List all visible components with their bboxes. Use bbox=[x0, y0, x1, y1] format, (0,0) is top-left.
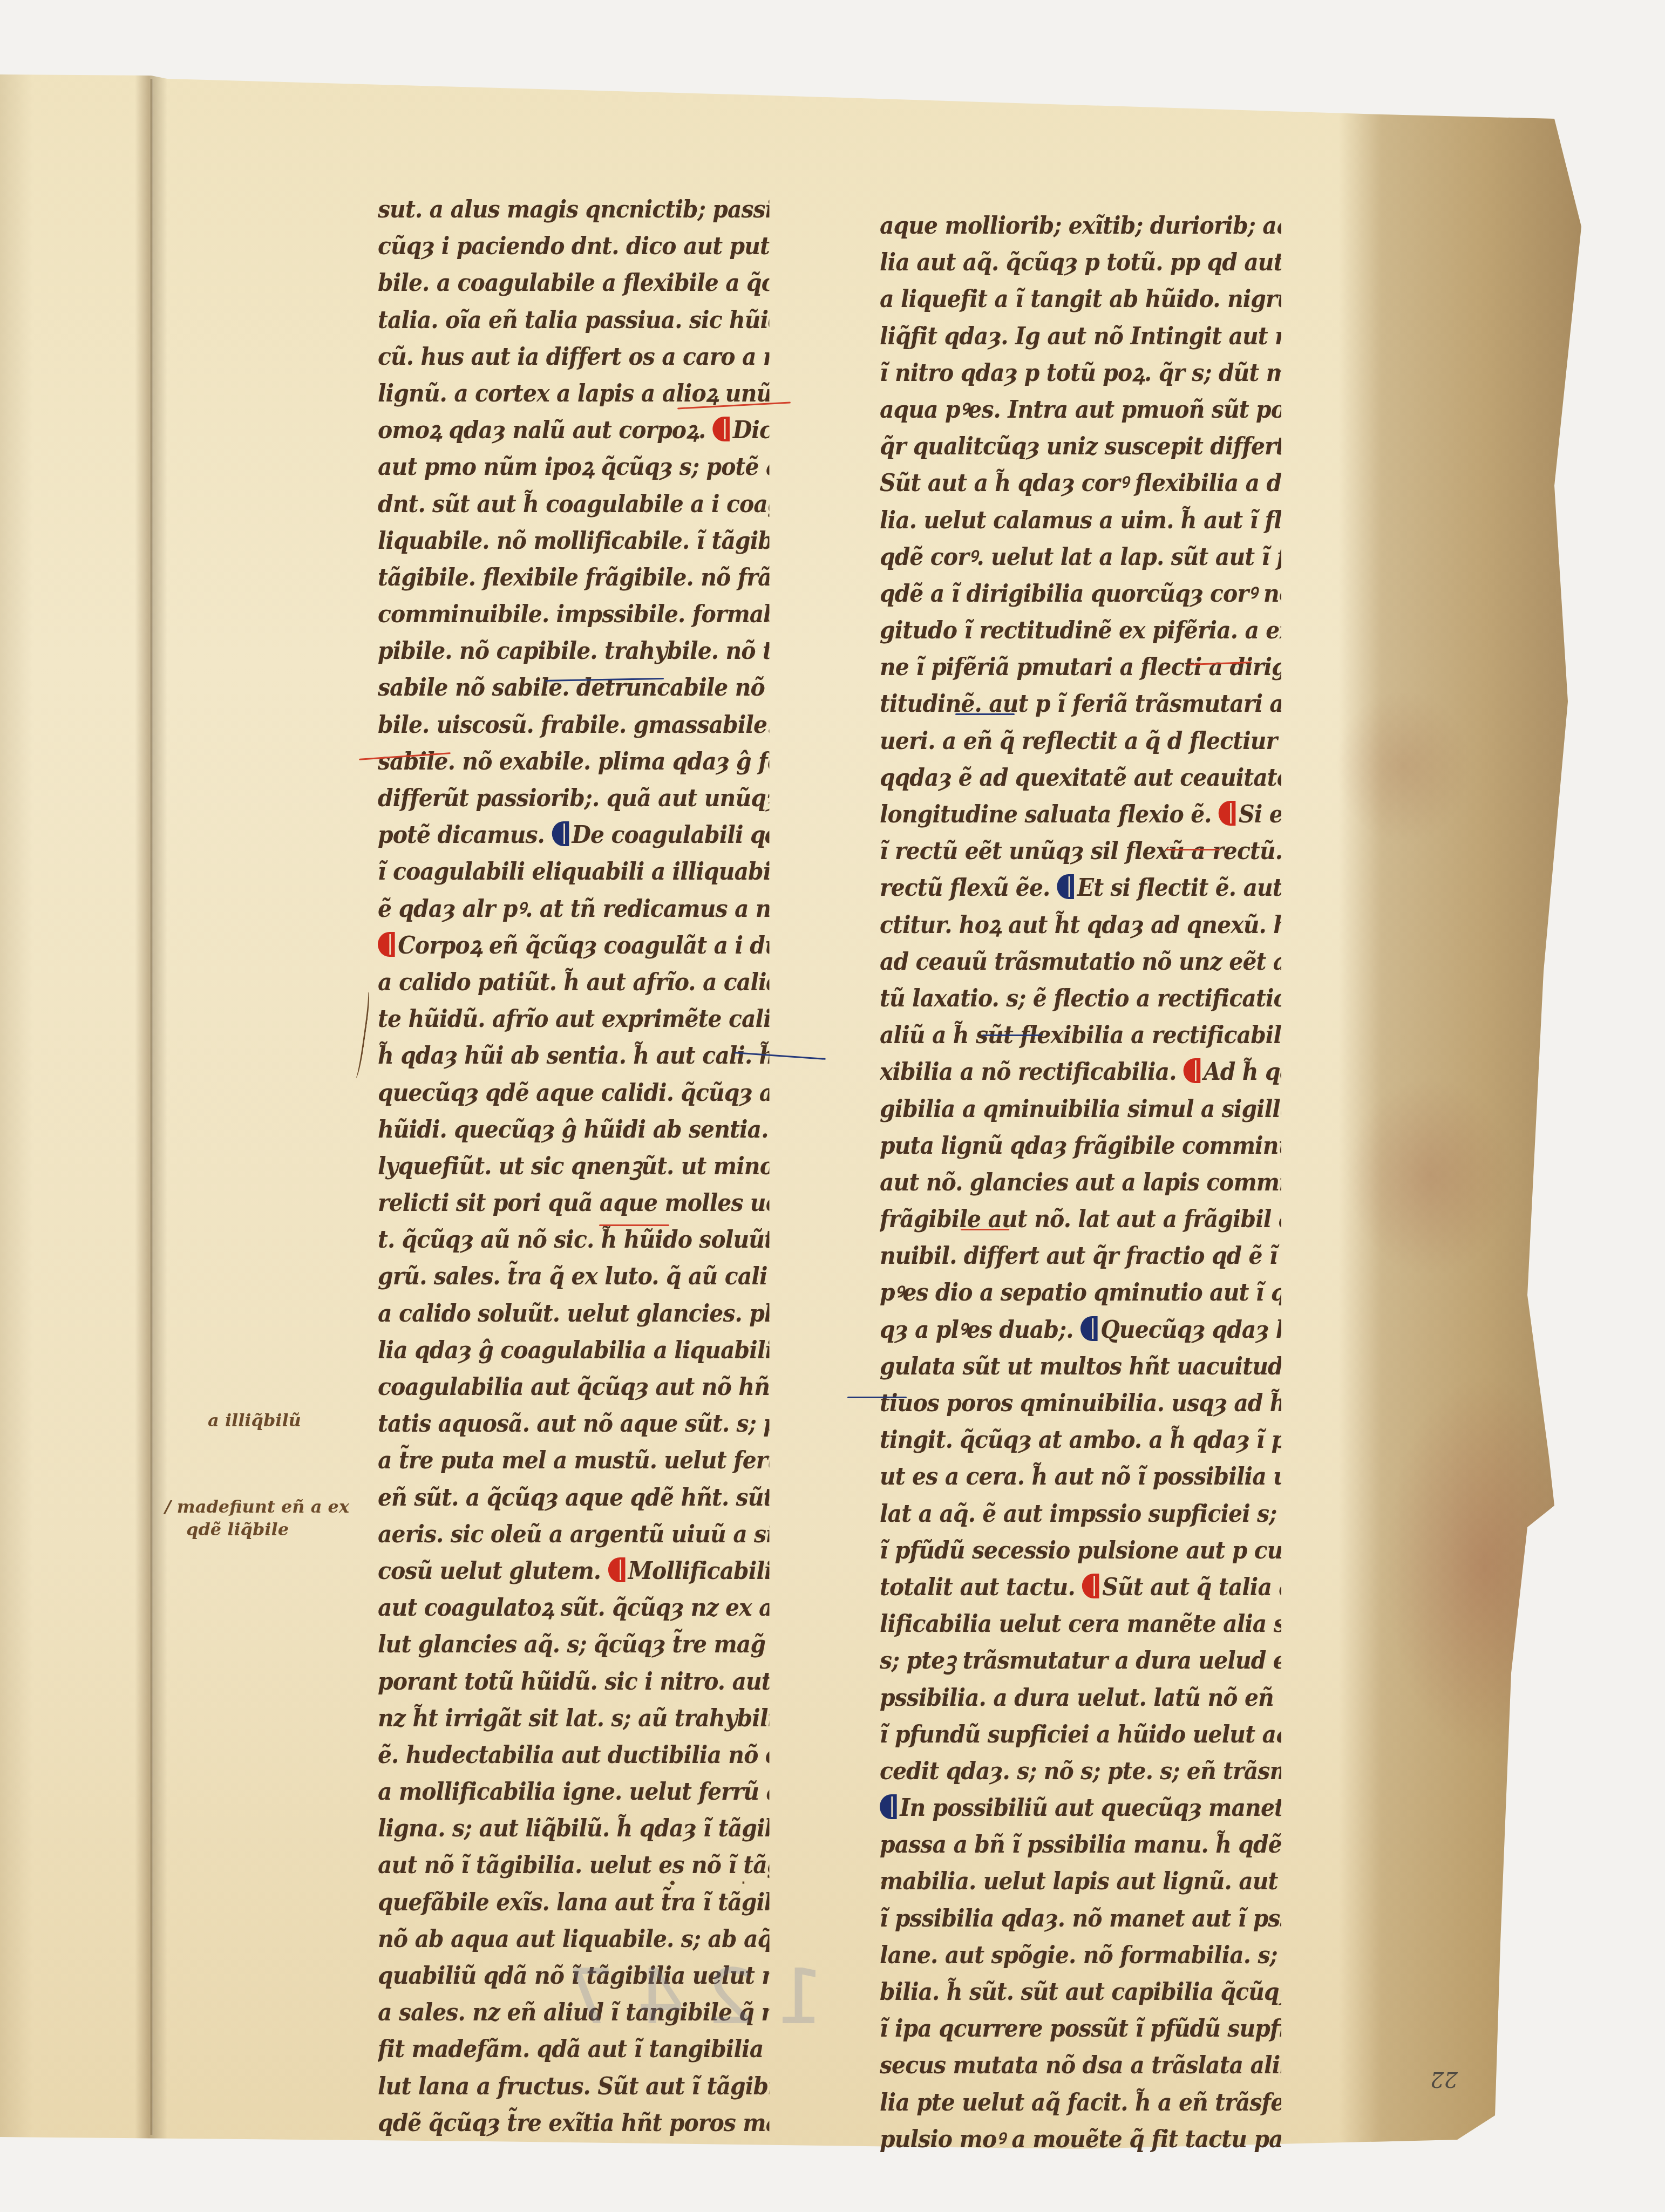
line-text: omoꝝ qdaȝ nalũ aut corpoꝝ. bbox=[378, 417, 713, 444]
rubricated-initial-s bbox=[1082, 1574, 1099, 1598]
manuscript-line: lane. aut spõgie. nõ formabilia. s; capi bbox=[880, 1937, 1281, 1974]
rubric-flourish bbox=[1166, 849, 1220, 850]
manuscript-line: differũt passiorib;. quã aut unũqȝ ipoꝝ … bbox=[378, 780, 769, 817]
manuscript-line: dnt. sũt aut h̃ coagulabile a i coagulab… bbox=[378, 486, 769, 523]
rubricated-initial-e bbox=[1057, 874, 1075, 899]
manuscript-line: secus mutata nõ dsa a trãslata alibi a bbox=[880, 2047, 1281, 2084]
line-text: cosũ uelut glutem. bbox=[378, 1557, 608, 1585]
manuscript-line: xibilia a nõ rectificabilia. Ad h̃ qdaȝ … bbox=[880, 1054, 1281, 1091]
line-text: Ad h̃ qdaȝ frã bbox=[1204, 1058, 1281, 1086]
line-text: lia qdaȝ ĝ coagulabilia a liquabilia. bbox=[378, 1337, 769, 1364]
rubric-flourish bbox=[599, 1224, 669, 1226]
manuscript-line: grũ. sales. t̃ra q̃ ex luto. q̃ aũ cali … bbox=[378, 1258, 769, 1295]
manuscript-line: tãgibile. flexibile frãgibile. nõ frãgib… bbox=[378, 560, 769, 596]
manuscript-line: lut lana a fructus. Sũt aut ĩ tãgibilia … bbox=[378, 2068, 769, 2105]
manuscript-line: cũ. hus aut ia differt os a caro a neruu… bbox=[378, 339, 769, 376]
manuscript-line: lut glancies aq̃. s; q̃cũqȝ t̃re mag̃ an… bbox=[378, 1626, 769, 1663]
manuscript-line: puta lignũ qdaȝ frãgibile comminuibile. bbox=[880, 1128, 1281, 1165]
manuscript-line: relicti sit pori quã aque molles uelud l… bbox=[378, 1185, 769, 1222]
manuscript-line: gulata sũt ut multos hñt uacuitudina bbox=[880, 1349, 1281, 1385]
line-text: qȝ a plꝰes duab;. bbox=[880, 1316, 1080, 1344]
manuscript-line: pibile. nõ capibile. trahybile. nõ trahy… bbox=[378, 633, 769, 670]
manuscript-line: aut nõ. glancies aut a lapis comminuibil… bbox=[880, 1165, 1281, 1201]
manuscript-line: lat a aq̃. ẽ aut impssio supficiei s; pt… bbox=[880, 1496, 1281, 1533]
manuscript-line: titudinẽ. aut p ĩ feriã trãsmutari aut m… bbox=[880, 686, 1281, 723]
marginal-gloss: a illiq̃bilũ bbox=[208, 1408, 301, 1432]
manuscript-line: pulsio moꝰ a mouẽte q̃ fit tactu passio … bbox=[880, 2121, 1281, 2158]
manuscript-line: lia qdaȝ ĝ coagulabilia a liquabilia. In bbox=[378, 1332, 769, 1369]
line-text: Si eñ a bbox=[1239, 801, 1281, 828]
manuscript-line: quecũqȝ qdẽ aque calidi. q̃cũqȝ aut t̃re… bbox=[378, 1075, 769, 1112]
line-text: Sũt aut q̃ talia a mol bbox=[1102, 1574, 1281, 1601]
manuscript-line: tũ laxatio. s; ẽ flectio a rectificatio … bbox=[880, 981, 1281, 1017]
manuscript-line: nõ ab aqua aut liquabile. s; ab aq̃ aut … bbox=[378, 1921, 769, 1958]
manuscript-line: ĩ pfũdũ secessio pulsione aut p cussione bbox=[880, 1533, 1281, 1569]
text-column-left: sut. a alus magis qncnictib; passiorib9.… bbox=[378, 192, 799, 2142]
manuscript-line: passa a bñ ĩ pssibilia manu. h̃ qdẽ for bbox=[880, 1827, 1281, 1863]
manuscript-line: lificabilia uelut cera manẽte alia supfi… bbox=[880, 1606, 1281, 1643]
manuscript-line: aque molliorib; exĩtib; duriorib; aq̃ li… bbox=[880, 208, 1281, 244]
manuscript-line: porant totũ hũidũ. sic i nitro. aut sale… bbox=[378, 1664, 769, 1700]
manuscript-line: tiuos poros qminuibilia. usqȝ ad h̃ ẽ p bbox=[880, 1385, 1281, 1422]
rubric-flourish bbox=[955, 713, 1015, 715]
manuscript-line: bilia. h̃ sũt. sũt aut capibilia q̃cũqȝ … bbox=[880, 1974, 1281, 2011]
rubricated-initial-c bbox=[378, 932, 395, 957]
manuscript-line: sabile. nõ exabile. plima qdaȝ ĝ fere co… bbox=[378, 744, 769, 780]
manuscript-line: coagulabilia aut q̃cũqȝ aut nõ hñt hũi bbox=[378, 1369, 769, 1406]
manuscript-line: liq̃fit qdaȝ. Ig aut nõ Intingit aut nõ … bbox=[880, 318, 1281, 355]
manuscript-line: ĩ rectũ eẽt unũqȝ sil flexũ a rectũ. q̃r… bbox=[880, 833, 1281, 870]
line-text: De coagulabili qdẽ ĝ. a bbox=[572, 821, 769, 849]
rubricated-initial-d bbox=[713, 417, 730, 441]
manuscript-line: lia. uelut calamus a uim. h̃ aut ĩ flexi… bbox=[880, 502, 1281, 539]
line-text: Et si flectit ẽ. aut refle bbox=[1077, 874, 1281, 902]
line-text: Corpoꝝ eñ q̃cũqȝ coagulãt a i durãt. h̃ … bbox=[398, 932, 769, 959]
line-text: longitudine saluata flexio ẽ. bbox=[880, 801, 1219, 828]
manuscript-line: qdẽ a ĩ dirigibilia quorcũqȝ corꝰ nõ p̃ … bbox=[880, 576, 1281, 612]
manuscript-line: rectũ flexũ ẽe. Et si flectit ẽ. aut ref… bbox=[880, 870, 1281, 907]
line-text: potẽ dicamus. bbox=[378, 821, 552, 849]
manuscript-line: a t̃re puta mel a mustũ. uelut feruẽtia bbox=[378, 1442, 769, 1479]
manuscript-line: ut es a cera. h̃ aut nõ ĩ possibilia uel… bbox=[880, 1459, 1281, 1495]
rubricated-initial-s bbox=[1219, 801, 1236, 826]
rubricated-initial-d bbox=[552, 821, 569, 846]
manuscript-line: sut. a alus magis qncnictib; passiorib9.… bbox=[378, 192, 769, 228]
manuscript-line: aliũ a h̃ sũt flexibilia a rectificabili… bbox=[880, 1017, 1281, 1054]
rubricated-initial-q bbox=[1080, 1316, 1098, 1341]
manuscript-line: Corpoꝝ eñ q̃cũqȝ coagulãt a i durãt. h̃ … bbox=[378, 928, 769, 964]
manuscript-line: sabile nõ sabile. detruncabile nõ detrun… bbox=[378, 670, 769, 706]
text-column-right: aque molliorib; exĩtib; duriorib; aq̃ li… bbox=[880, 208, 1311, 2158]
pencil-shelfmark: 1247 bbox=[545, 1954, 824, 2041]
manuscript-line: ẽ. hudectabilia aut ductibilia nõ entia … bbox=[378, 1737, 769, 1774]
rubricated-initial-i bbox=[880, 1794, 897, 1819]
line-text: Dicamus bbox=[733, 417, 770, 444]
marginal-gloss: / madefiunt eñ a ex bbox=[165, 1495, 349, 1519]
manuscript-line: h̃ qdaȝ hũi ab sentia. h̃ aut cali. h̃ p… bbox=[378, 1038, 769, 1074]
manuscript-line: ad ceauũ trãsmutatio nõ unz eẽt a q̃ ad … bbox=[880, 944, 1281, 981]
folio-number: 22 bbox=[1430, 2067, 1458, 2092]
manuscript-line: aqua pꝰes. Intra aut pmuoñ sũt poꝝ bbox=[880, 392, 1281, 428]
manuscript-line: ne ĩ pifẽriã pmutari a flecti a dirigi ẽ… bbox=[880, 649, 1281, 686]
manuscript-line: gitudo ĩ rectitudinẽ ex pifẽria. a ex re… bbox=[880, 612, 1281, 649]
manuscript-line: tingit. q̃cũqȝ at ambo. a h̃ qdaȝ ĩ poss… bbox=[880, 1422, 1281, 1459]
line-text: In possibiliũ aut quecũqȝ manet ĩ pssiaȝ bbox=[900, 1794, 1281, 1822]
manuscript-line: bile. uiscosũ. frabile. gmassabile. nõ g… bbox=[378, 707, 769, 744]
rubricated-initial-m bbox=[608, 1557, 625, 1582]
manuscript-line: aut pmo nũm ipoꝝ q̃cũqȝ s; potẽ a i potẽ bbox=[378, 449, 769, 486]
manuscript-line: talia. oĩa eñ talia passiua. sic hũidũ a… bbox=[378, 302, 769, 339]
manuscript-line: cosũ uelut glutem. Mollificabilia bbox=[378, 1553, 769, 1590]
manuscript-line: lia aut aq̃. q̃cũqȝ p totũ. pp qd aut t̃… bbox=[880, 244, 1281, 281]
line-text: Quecũqȝ qdaȝ hc coa bbox=[1100, 1316, 1281, 1344]
rubric-flourish bbox=[847, 1397, 907, 1398]
manuscript-line: nz h̃t irrigãt sit lat. s; aũ trahybilia… bbox=[378, 1700, 769, 1737]
rubricated-initial-a bbox=[1184, 1058, 1201, 1083]
manuscript-line: cedit qdaȝ. s; nõ s; pte. s; eñ trãsmuta… bbox=[880, 1753, 1281, 1790]
manuscript-line: eñ sũt. a q̃cũqȝ aque qdẽ hñt. sũt aut p… bbox=[378, 1480, 769, 1516]
manuscript-line: te hũidũ. afrĩo aut exprimẽte calidũ. qr bbox=[378, 1001, 769, 1038]
line-text: totalit aut tactu. bbox=[880, 1574, 1082, 1601]
manuscript-line: a mollificabilia igne. uelut ferrũ a cor… bbox=[378, 1774, 769, 1811]
line-text: xibilia a nõ rectificabilia. bbox=[880, 1058, 1184, 1086]
manuscript-line: cũqȝ i paciendo dnt. dico aut puta liqua… bbox=[378, 228, 769, 265]
manuscript-line: a calido soluũt. uelut glancies. plũbũ e… bbox=[378, 1296, 769, 1332]
manuscript-line: frãgibile aut nõ. lat aut a frãgibil a q… bbox=[880, 1201, 1281, 1238]
manuscript-line: lyquefiũt. ut sic qnenꝫũt. ut minores bbox=[378, 1148, 769, 1185]
manuscript-line: qdẽ q̃cũqȝ t̃re exĩtia hñt poros maiores bbox=[378, 2105, 769, 2142]
line-text: Mollificabilia bbox=[628, 1557, 770, 1585]
manuscript-line: ĩ pssibilia qdaȝ. nõ manet aut ĩ pssio. … bbox=[880, 1901, 1281, 1937]
manuscript-line: ĩ nitro qdaȝ p totũ poꝝ. q̃r s; dũt moꝝ … bbox=[880, 355, 1281, 392]
manuscript-line: hũidi. quecũqȝ ĝ hũidi ab sentia. ab hũi… bbox=[378, 1112, 769, 1148]
manuscript-line: aeris. sic oleũ a argentũ uiuũ a sigd ui… bbox=[378, 1516, 769, 1553]
manuscript-line: t. q̃cũqȝ aũ nõ sic. h̃ hũido soluũt uel… bbox=[378, 1222, 769, 1258]
manuscript-line: In possibiliũ aut quecũqȝ manet ĩ pssiaȝ bbox=[880, 1790, 1281, 1827]
manuscript-line: a calido patiũt. h̃ aut afrĩo. a calido … bbox=[378, 964, 769, 1001]
ink-specks: •‧ • bbox=[669, 1873, 952, 1894]
manuscript-line: qqdaȝ ẽ ad quexitatẽ aut ceauitatẽ moꝰ bbox=[880, 760, 1281, 797]
manuscript-line: liquabile. nõ mollificabile. ĩ tãgibile.… bbox=[378, 523, 769, 560]
line-text: rectũ flexũ ẽe. bbox=[880, 874, 1057, 902]
manuscript-line: Sũt aut a h̃ qdaȝ corꝰ flexibilia a diri… bbox=[880, 465, 1281, 502]
manuscript-line: ĩ coagulabili eliquabili a illiquabili. … bbox=[378, 854, 769, 890]
manuscript-line: ueri. a eñ q̃ reflectit a q̃ d flectiur … bbox=[880, 723, 1281, 760]
manuscript-line: lia pte uelut aq̃ facit. h̃ a eñ trãsfer… bbox=[880, 2085, 1281, 2121]
manuscript-line: ctitur. hoꝝ aut h̃t qdaȝ ad qnexũ. hoꝝ a… bbox=[880, 907, 1281, 944]
manuscript-line: qȝ a plꝰes duab;. Quecũqȝ qdaȝ hc coa bbox=[880, 1312, 1281, 1349]
rubric-flourish bbox=[961, 1229, 1009, 1230]
manuscript-line: pssibilia. a dura uelut. latũ nõ eñ cedi… bbox=[880, 1680, 1281, 1717]
manuscript-line: ĩ ipa qcurrere possũt ĩ pfũdũ supficie. bbox=[880, 2011, 1281, 2047]
rubric-flourish bbox=[982, 1034, 1042, 1036]
manuscript-line: gibilia a qminuibilia simul a sigillatim bbox=[880, 1091, 1281, 1128]
manuscript-line: ẽ qdaȝ alr pꝰ. at tñ redicamus a nũc. bbox=[378, 891, 769, 928]
manuscript-line: aut coagulatoꝝ sũt. q̃cũqȝ nz ex aqua. u… bbox=[378, 1590, 769, 1626]
manuscript-line: nuibil. differt aut q̃r fractio qd ẽ ĩ m… bbox=[880, 1238, 1281, 1275]
manuscript-line: ligna. s; aut liq̃bilũ. h̃ qdaȝ ĩ tãgibi… bbox=[378, 1811, 769, 1847]
manuscript-line: s; pteꝫ trãsmutatur a dura uelud es. a n… bbox=[880, 1643, 1281, 1679]
manuscript-line: bile. a coagulabile a flexibile a q̃cũqȝ… bbox=[378, 265, 769, 302]
marginal-gloss: qdẽ liq̃bile bbox=[186, 1517, 289, 1541]
manuscript-line: longitudine saluata flexio ẽ. Si eñ a bbox=[880, 797, 1281, 833]
manuscript-line: qdẽ corꝰ. uelut lat a lap. sũt aut ĩ fle… bbox=[880, 539, 1281, 576]
manuscript-line: a liquefit a ĩ tangit ab hũido. nigrũ au… bbox=[880, 281, 1281, 318]
manuscript-line: omoꝝ qdaȝ nalũ aut corpoꝝ. Dicamus bbox=[378, 412, 769, 449]
manuscript-line: q̃r qualitcũqȝ uniz suscepit differt pas… bbox=[880, 428, 1281, 465]
manuscript-line: ĩ pfundũ supficiei a hũido uelut aqua bbox=[880, 1717, 1281, 1753]
manuscript-line: totalit aut tactu. Sũt aut q̃ talia a mo… bbox=[880, 1569, 1281, 1606]
manuscript-line: comminuibile. impssibile. formabile. ĩ f… bbox=[378, 596, 769, 633]
manuscript-line: tatis aquosã. aut nõ aque sũt. s; plus c… bbox=[378, 1406, 769, 1442]
manuscript-line: pꝰes dio a sepatio qminutio aut ĩ quascũ bbox=[880, 1275, 1281, 1311]
manuscript-line: potẽ dicamus. De coagulabili qdẽ ĝ. a bbox=[378, 817, 769, 854]
gutter-fold bbox=[150, 79, 153, 2135]
